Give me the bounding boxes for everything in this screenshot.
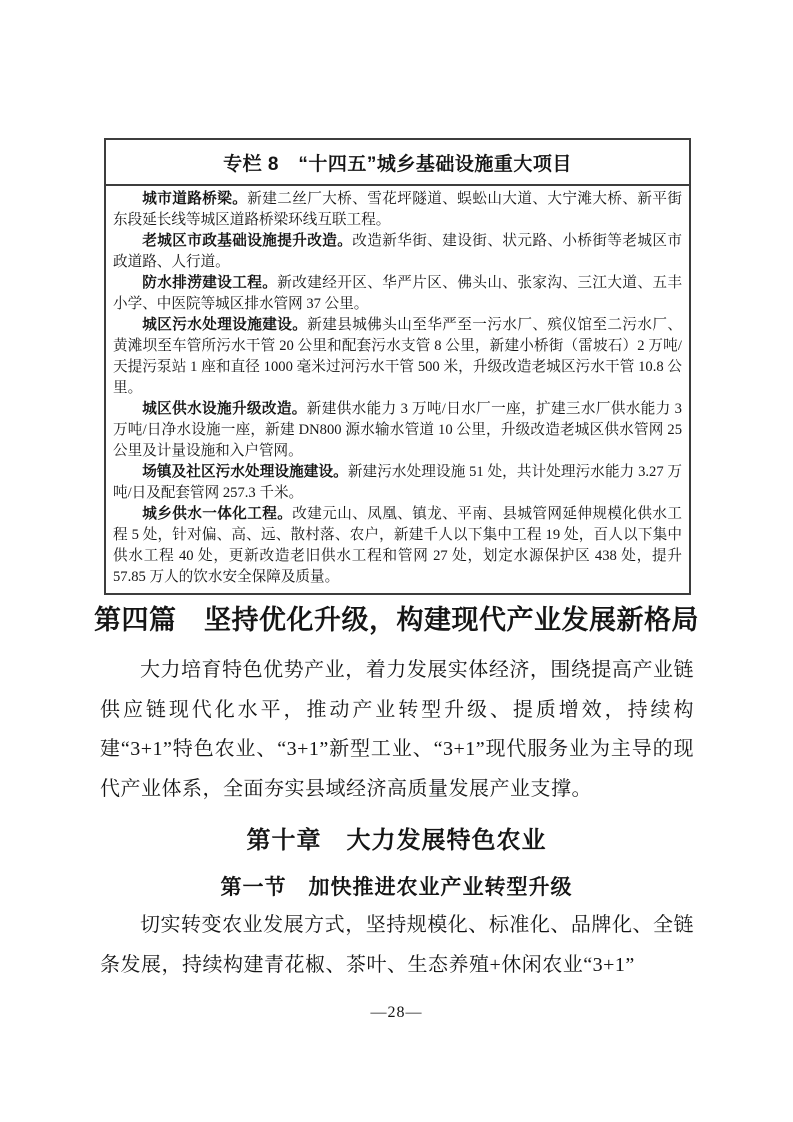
column-box: 专栏 8 “十四五”城乡基础设施重大项目 城市道路桥梁。新建二丝厂大桥、雪花坪隧… (104, 138, 691, 595)
box-paragraph: 城市道路桥梁。新建二丝厂大桥、雪花坪隧道、蜈蚣山大道、大宁滩大桥、新平街东段延长… (113, 189, 682, 231)
box-paragraph: 城区污水处理设施建设。新建县城佛头山至华严至一污水厂、殡仪馆至二污水厂、黄滩坝至… (113, 315, 682, 399)
box-paragraph: 城区供水设施升级改造。新建供水能力 3 万吨/日水厂一座，扩建三水厂供水能力 3… (113, 399, 682, 462)
box-paragraph: 防水排涝建设工程。新改建经开区、华严片区、佛头山、张家沟、三江大道、五丰小学、中… (113, 273, 682, 315)
chapter-heading: 第十章 大力发展特色农业 (0, 820, 793, 855)
document-page: 专栏 8 “十四五”城乡基础设施重大项目 城市道路桥梁。新建二丝厂大桥、雪花坪隧… (0, 0, 793, 1122)
section-paragraph: 切实转变农业发展方式，坚持规模化、标准化、品牌化、全链条发展，持续构建青花椒、茶… (100, 906, 694, 985)
box-paragraph: 老城区市政基础设施提升改造。改造新华街、建设街、状元路、小桥街等老城区市政道路、… (113, 231, 682, 273)
box-paragraph-label: 城区污水处理设施建设。 (142, 317, 307, 333)
part-heading: 第四篇 坚持优化升级，构建现代产业发展新格局 (0, 598, 793, 637)
box-paragraph-label: 城区供水设施升级改造。 (142, 401, 307, 417)
column-box-body: 城市道路桥梁。新建二丝厂大桥、雪花坪隧道、蜈蚣山大道、大宁滩大桥、新平街东段延长… (106, 186, 689, 593)
box-paragraph-label: 防水排涝建设工程。 (142, 275, 277, 291)
page-number: —28— (0, 1004, 793, 1022)
part-paragraph: 大力培育特色优势产业，着力发展实体经济，围绕提高产业链供应链现代化水平，推动产业… (100, 651, 694, 809)
box-paragraph-label: 城乡供水一体化工程。 (142, 506, 292, 522)
box-paragraph: 城乡供水一体化工程。改建元山、凤凰、镇龙、平南、县城管网延伸规模化供水工程 5 … (113, 504, 682, 588)
box-paragraph-label: 老城区市政基础设施提升改造。 (142, 233, 352, 249)
box-paragraph-label: 场镇及社区污水处理设施建设。 (142, 464, 348, 480)
column-box-title: 专栏 8 “十四五”城乡基础设施重大项目 (106, 140, 689, 186)
section-heading: 第一节 加快推进农业产业转型升级 (0, 871, 793, 901)
box-paragraph-label: 城市道路桥梁。 (142, 191, 247, 207)
box-paragraph: 场镇及社区污水处理设施建设。新建污水处理设施 51 处，共计处理污水能力 3.2… (113, 462, 682, 504)
